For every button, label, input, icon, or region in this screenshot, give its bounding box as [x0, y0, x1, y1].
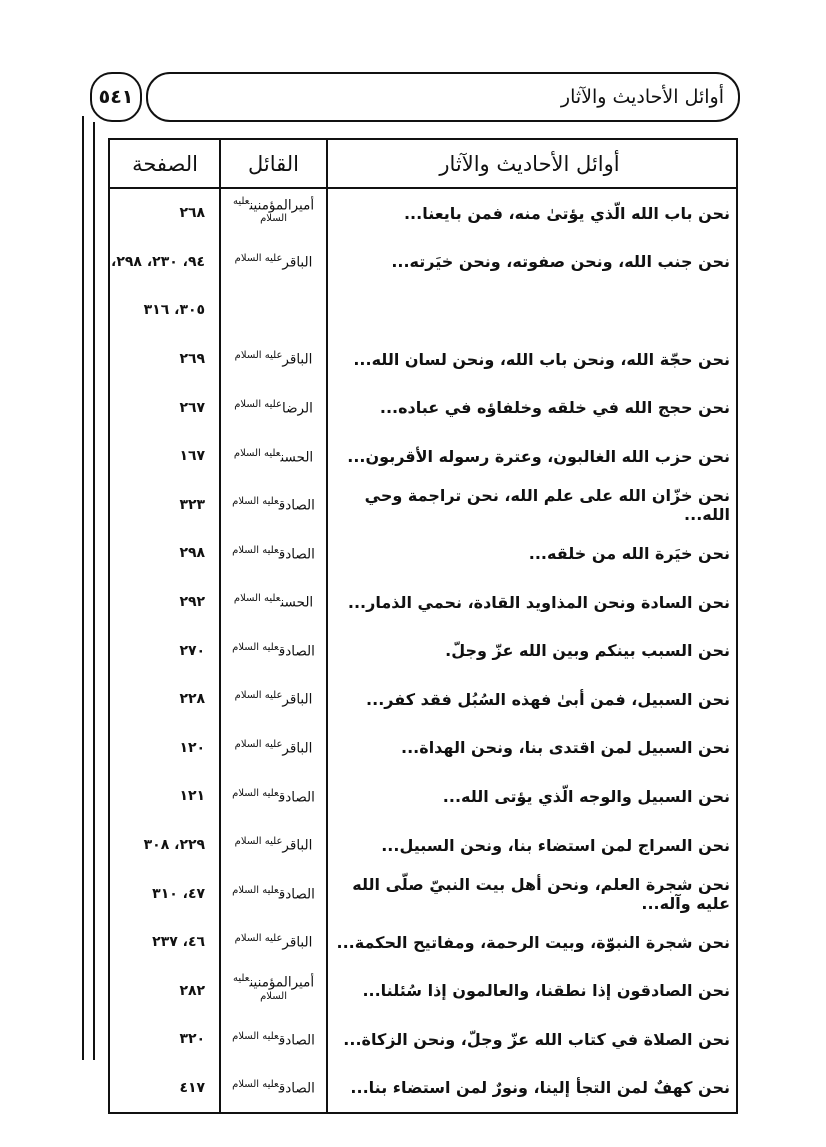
table-row: نحن السادة ونحن المذاويد القادة، نحمي ال… — [109, 578, 737, 627]
sayer-cell: الباقرعليه السلام — [220, 675, 327, 724]
margin-rule-inner — [93, 122, 95, 1060]
table-row: نحن باب الله الّذي يؤتىٰ منه، فمن بايعنا… — [109, 188, 737, 238]
sayer-name: الصادق — [279, 886, 315, 902]
hadith-opening: نحن كهفٌ لمن التجأ إلينا، ونورٌ لمن استض… — [327, 1064, 737, 1114]
hadith-opening — [327, 286, 737, 335]
page-reference: ٢٦٨ — [109, 188, 220, 238]
hadith-opening: نحن جنب الله، ونحن صفوته، ونحن خيَرته... — [327, 238, 737, 287]
hadith-opening: نحن شجرة النبوّة، وبيت الرحمة، ومفاتيح ا… — [327, 918, 737, 967]
table-row: نحن حجج الله في خلقه وخلفاؤه في عباده...… — [109, 383, 737, 432]
running-title: أوائل الأحاديث والآثار — [146, 72, 740, 122]
sayer-name: الصادق — [279, 643, 315, 659]
table-row: ٣٠٥، ٣١٦ — [109, 286, 737, 335]
table-row: نحن الصادقون إذا نطقنا، والعالمون إذا سُ… — [109, 967, 737, 1016]
page-reference: ٢٩٢ — [109, 578, 220, 627]
hadith-opening: نحن الصادقون إذا نطقنا، والعالمون إذا سُ… — [327, 967, 737, 1016]
hadith-opening: نحن حجّة الله، ونحن باب الله، ونحن لسان … — [327, 335, 737, 384]
table-row: نحن حزب الله الغالبون، وعترة رسوله الأقر… — [109, 432, 737, 481]
page-number: ٥٤١ — [90, 72, 142, 122]
sayer-cell: أميرالمؤمنينعليه السلام — [220, 967, 327, 1016]
honorific-glyph-icon: عليه السلام — [235, 253, 283, 264]
sayer-name: الصادق — [279, 1032, 315, 1048]
sayer-cell: الصادقعليه السلام — [220, 869, 327, 918]
hadith-opening: نحن الصلاة في كتاب الله عزّ وجلّ، ونحن ا… — [327, 1015, 737, 1064]
sayer-name: الصادق — [279, 789, 315, 805]
honorific-glyph-icon: عليه السلام — [234, 399, 282, 410]
hadith-opening: نحن السبيل والوجه الّذي يؤتى الله... — [327, 772, 737, 821]
honorific-glyph-icon: عليه السلام — [235, 933, 283, 944]
column-header-page: الصفحة — [109, 139, 220, 188]
sayer-name: الحسن — [280, 449, 313, 465]
page-reference: ٢٧٠ — [109, 626, 220, 675]
page-reference: ٩٤، ٢٣٠، ٢٩٨، — [109, 238, 220, 287]
hadith-opening: نحن حجج الله في خلقه وخلفاؤه في عباده... — [327, 383, 737, 432]
sayer-name: الصادق — [279, 498, 315, 514]
sayer-name: أميرالمؤمنين — [249, 197, 314, 213]
honorific-glyph-icon: عليه السلام — [232, 788, 279, 799]
page-reference: ٤١٧ — [109, 1064, 220, 1114]
honorific-glyph-icon: عليه السلام — [235, 739, 283, 750]
hadith-opening: نحن خيَرة الله من خلقه... — [327, 529, 737, 578]
hadith-opening: نحن خزّان الله على علم الله، نحن تراجمة … — [327, 481, 737, 530]
page-reference: ١٢١ — [109, 772, 220, 821]
index-table: أوائل الأحاديث والآثار القائل الصفحة نحن… — [108, 138, 738, 1114]
sayer-name: الباقر — [282, 838, 312, 854]
table-row: نحن جنب الله، ونحن صفوته، ونحن خيَرته...… — [109, 238, 737, 287]
sayer-name: الباقر — [282, 935, 312, 951]
page-reference: ٢٨٢ — [109, 967, 220, 1016]
page-reference: ٢٩٨ — [109, 529, 220, 578]
page-reference: ٤٦، ٢٣٧ — [109, 918, 220, 967]
hadith-opening: نحن حزب الله الغالبون، وعترة رسوله الأقر… — [327, 432, 737, 481]
sayer-cell: الباقرعليه السلام — [220, 724, 327, 773]
table-header-row: أوائل الأحاديث والآثار القائل الصفحة — [109, 139, 737, 188]
honorific-glyph-icon: عليه السلام — [232, 496, 279, 507]
honorific-glyph-icon: عليه السلام — [234, 448, 281, 459]
sayer-name: الصادق — [279, 1081, 315, 1097]
column-header-sayer: القائل — [220, 139, 327, 188]
sayer-name: الحسن — [280, 595, 313, 611]
hadith-opening: نحن السراج لمن استضاء بنا، ونحن السبيل..… — [327, 821, 737, 870]
sayer-cell: الصادقعليه السلام — [220, 1064, 327, 1114]
table-row: نحن حجّة الله، ونحن باب الله، ونحن لسان … — [109, 335, 737, 384]
sayer-cell: الحسنعليه السلام — [220, 578, 327, 627]
sayer-cell: الباقرعليه السلام — [220, 821, 327, 870]
sayer-cell: الباقرعليه السلام — [220, 238, 327, 287]
table-row: نحن السبيل، فمن أبىٰ فهذه السُبُل فقد كف… — [109, 675, 737, 724]
sayer-cell: الصادقعليه السلام — [220, 529, 327, 578]
hadith-opening: نحن السبيل لمن اقتدى بنا، ونحن الهداة... — [327, 724, 737, 773]
table-row: نحن السبيل لمن اقتدى بنا، ونحن الهداة...… — [109, 724, 737, 773]
honorific-glyph-icon: عليه السلام — [232, 545, 279, 556]
table-row: نحن خزّان الله على علم الله، نحن تراجمة … — [109, 481, 737, 530]
page-reference: ٤٧، ٣١٠ — [109, 869, 220, 918]
table-row: نحن شجرة العلم، ونحن أهل بيت النبيّ صلّى… — [109, 869, 737, 918]
page-reference: ٢٦٩ — [109, 335, 220, 384]
sayer-cell: الباقرعليه السلام — [220, 335, 327, 384]
sayer-cell: الحسنعليه السلام — [220, 432, 327, 481]
honorific-glyph-icon: عليه السلام — [235, 350, 283, 361]
table-row: نحن خيَرة الله من خلقه...الصادقعليه السل… — [109, 529, 737, 578]
sayer-name: الباقر — [282, 692, 312, 708]
honorific-glyph-icon: عليه السلام — [232, 1079, 279, 1090]
honorific-glyph-icon: عليه السلام — [232, 642, 279, 653]
table-row: نحن الصلاة في كتاب الله عزّ وجلّ، ونحن ا… — [109, 1015, 737, 1064]
honorific-glyph-icon: عليه السلام — [232, 885, 279, 896]
honorific-glyph-icon: عليه السلام — [232, 1031, 279, 1042]
sayer-cell: الباقرعليه السلام — [220, 918, 327, 967]
sayer-name: الصادق — [279, 546, 315, 562]
hadith-opening: نحن السادة ونحن المذاويد القادة، نحمي ال… — [327, 578, 737, 627]
sayer-cell: الصادقعليه السلام — [220, 1015, 327, 1064]
sayer-name: الباقر — [282, 255, 312, 271]
table-row: نحن شجرة النبوّة، وبيت الرحمة، ومفاتيح ا… — [109, 918, 737, 967]
table-row: نحن السبب بينكم وبين الله عزّ وجلّ.الصاد… — [109, 626, 737, 675]
hadith-opening: نحن شجرة العلم، ونحن أهل بيت النبيّ صلّى… — [327, 869, 737, 918]
sayer-name: الباقر — [282, 352, 312, 368]
hadith-opening: نحن السبب بينكم وبين الله عزّ وجلّ. — [327, 626, 737, 675]
page-reference: ٢٦٧ — [109, 383, 220, 432]
honorific-glyph-icon: عليه السلام — [235, 690, 283, 701]
column-header-text: أوائل الأحاديث والآثار — [327, 139, 737, 188]
sayer-cell — [220, 286, 327, 335]
sayer-cell: الصادقعليه السلام — [220, 772, 327, 821]
table-row: نحن السبيل والوجه الّذي يؤتى الله...الصا… — [109, 772, 737, 821]
page-reference: ٣٢٠ — [109, 1015, 220, 1064]
sayer-name: أميرالمؤمنين — [249, 975, 314, 991]
page-reference: ١٦٧ — [109, 432, 220, 481]
sayer-cell: أميرالمؤمنينعليه السلام — [220, 188, 327, 238]
sayer-name: الباقر — [282, 741, 312, 757]
page-reference: ٣٢٣ — [109, 481, 220, 530]
sayer-cell: الصادقعليه السلام — [220, 481, 327, 530]
sayer-cell: الرضاعليه السلام — [220, 383, 327, 432]
page-reference: ٢٢٨ — [109, 675, 220, 724]
table-row: نحن كهفٌ لمن التجأ إلينا، ونورٌ لمن استض… — [109, 1064, 737, 1114]
page-reference: ٢٢٩، ٣٠٨ — [109, 821, 220, 870]
honorific-glyph-icon: عليه السلام — [234, 593, 281, 604]
hadith-opening: نحن باب الله الّذي يؤتىٰ منه، فمن بايعنا… — [327, 188, 737, 238]
honorific-glyph-icon: عليه السلام — [235, 836, 283, 847]
margin-rule-outer — [82, 116, 84, 1060]
page-reference: ١٢٠ — [109, 724, 220, 773]
hadith-opening: نحن السبيل، فمن أبىٰ فهذه السُبُل فقد كف… — [327, 675, 737, 724]
sayer-name: الرضا — [282, 400, 313, 416]
table-row: نحن السراج لمن استضاء بنا، ونحن السبيل..… — [109, 821, 737, 870]
sayer-cell: الصادقعليه السلام — [220, 626, 327, 675]
page-reference: ٣٠٥، ٣١٦ — [109, 286, 220, 335]
